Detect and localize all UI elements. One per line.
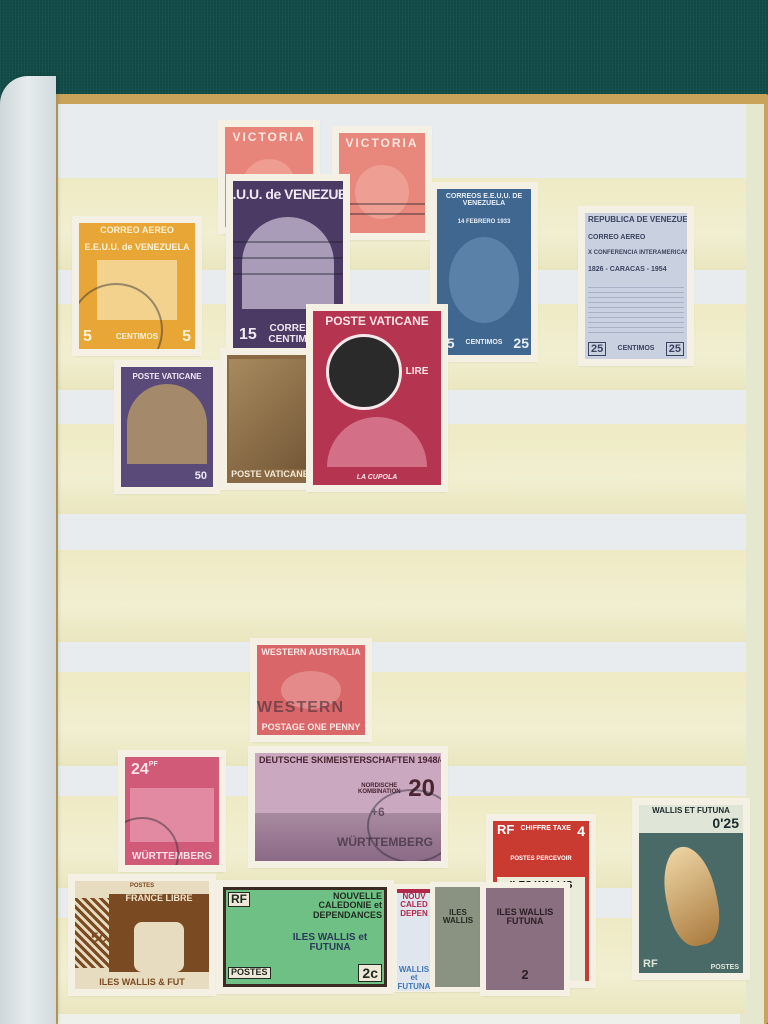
stamp-bottom-text: POSTES: [228, 967, 271, 978]
stamp-value: 0'25: [639, 815, 743, 831]
stamp-country: WALLIS ET FUTUNA: [639, 807, 743, 815]
stamp-wurttemberg-24[interactable]: 24 PF WÜRTTEMBERG: [120, 752, 224, 870]
stamp-country: E.E.U.U. de VENEZUELA: [233, 187, 343, 202]
stamp-value: 20: [408, 775, 435, 803]
cancellation-mark: [339, 213, 425, 215]
interleaf-page-edge: [0, 76, 56, 1024]
stamp-top-text: NOUV CALED DEPEN: [397, 893, 431, 918]
stamp-top-text: CHIFFRE TAXE: [521, 825, 571, 832]
stamp-top-text: CORREO AEREO: [100, 226, 174, 235]
surcharge: +6: [371, 805, 385, 819]
stock-strip: [58, 550, 746, 642]
stamp-value: 4: [577, 823, 585, 839]
strip-gap: [58, 514, 746, 550]
stamp-wallis-2[interactable]: ILES WALLIS FUTUNA 2: [482, 884, 568, 994]
stamp-sub-text: 14 FEBRERO 1933: [458, 219, 511, 225]
stamp-value: 5c: [91, 929, 107, 945]
stamp-wallis-nouvelle-caledonie[interactable]: RF NOUVELLE CALEDONIE et DEPENDANCES ILE…: [218, 882, 392, 992]
cancellation-mark: [339, 203, 425, 205]
portrait-icon: [355, 165, 409, 219]
stamp-top-text: CORREO AEREO: [588, 234, 645, 241]
seashell-picture: [656, 842, 726, 950]
stamp-bottom-text: CENTIMOS: [618, 345, 655, 352]
stamp-bottom-text: CENTIMOS: [466, 339, 503, 346]
building-picture: [97, 260, 177, 320]
stamp-country: POSTE VATICANE: [132, 373, 201, 381]
stamp-overprint: ILES WALLIS FUTUNA: [490, 908, 560, 927]
stamp-wallis-futuna-shell[interactable]: WALLIS ET FUTUNA 0'25 RF POSTES: [634, 800, 748, 978]
cancellation-mark: [233, 257, 343, 259]
stamp-value: 50: [195, 470, 213, 482]
stamp-value: 5: [182, 328, 195, 346]
stamp-country: VICTORIA: [232, 131, 305, 144]
dome-picture: [327, 417, 427, 467]
stamp-wallis-partial[interactable]: NOUV CALED DEPEN WALLIS et FUTUNA: [394, 886, 434, 990]
portrait-icon: [449, 237, 519, 323]
stamp-bottom-text: LA CUPOLA: [357, 474, 398, 481]
stamp-value: 5: [79, 328, 92, 346]
stamp-wurttemberg-ski[interactable]: DEUTSCHE SKIMEISTERSCHAFTEN 1948/49 NORD…: [250, 748, 446, 866]
postmark-text: WÜRTTEMBERG: [337, 835, 433, 849]
stamp-vatican-50[interactable]: POSTE VATICANE 50: [116, 362, 218, 492]
stamp-top-text: POSTES: [130, 883, 154, 889]
stamp-bottom-text: POSTES: [711, 964, 739, 971]
text-block: [588, 283, 684, 333]
stamp-mark: RF: [497, 823, 514, 837]
stamp-mark: RF: [643, 959, 658, 971]
stamp-overprint: WALLIS et FUTUNA: [397, 966, 431, 991]
stamp-venezuela-25-blue[interactable]: CORREOS E.E.U.U. DE VENEZUELA 14 FEBRERO…: [432, 184, 536, 360]
stamp-value: 2c: [358, 964, 382, 982]
stamp-value: 15: [233, 326, 257, 344]
palm-landscape-picture: [127, 384, 207, 464]
stamp-unit: LIRE: [406, 367, 429, 378]
stamp-country: ILES WALLIS & FUT: [99, 978, 185, 987]
cancellation-text: WESTERN: [257, 699, 344, 717]
stamp-top-text: CORREOS E.E.U.U. DE VENEZUELA: [437, 193, 531, 208]
stamp-country: VICTORIA: [345, 137, 418, 150]
stamp-sub-text: X CONFERENCIA INTERAMERICANA: [588, 250, 687, 256]
stamp-vatican-la-cupola[interactable]: POSTE VATICANE LIRE LA CUPOLA: [308, 306, 446, 490]
stamp-country: WESTERN AUSTRALIA: [261, 648, 360, 657]
stamp-top-text: NOUVELLE CALEDONIE et DEPENDANCES: [290, 892, 382, 920]
portrait-icon: [326, 334, 402, 410]
stamp-bottom-text: CENTIMOS: [116, 333, 158, 341]
castle-picture: [130, 788, 214, 842]
stamp-country: POSTE VATICANE: [231, 470, 309, 480]
stamp-victoria[interactable]: VICTORIA: [334, 128, 430, 238]
stamp-wallis-partial[interactable]: ILES WALLIS: [432, 884, 484, 990]
stamp-venezuela-airmail[interactable]: CORREO AEREO E.E.U.U. de VENEZUELA 5 CEN…: [74, 218, 200, 354]
stamp-sub-text-2: 1826 - CARACAS - 1954: [588, 266, 667, 273]
church-picture: [242, 217, 334, 309]
stamp-value: 25: [666, 342, 684, 356]
stamp-country: REPUBLICA DE VENEZUELA: [588, 216, 687, 224]
stamp-value: 24: [131, 761, 149, 779]
stamp-value: 25: [513, 335, 531, 351]
stamp-overprint: ILES WALLIS: [435, 909, 481, 926]
cancellation-mark: [233, 273, 343, 275]
tiki-picture: [134, 922, 184, 972]
strip-gap: [58, 642, 746, 672]
stamp-sub-text: NORDISCHE KOMBINATION: [354, 783, 404, 796]
stamp-country: WÜRTTEMBERG: [132, 852, 212, 863]
stamp-bottom-text: POSTAGE ONE PENNY: [262, 723, 361, 732]
stamp-sub-text: POSTES PERCEVOIR: [510, 856, 571, 862]
stamp-country: POSTE VATICANE: [325, 315, 429, 328]
stamp-mark: RF: [228, 892, 250, 907]
stamp-venezuela-conferencia[interactable]: REPUBLICA DE VENEZUELA CORREO AEREO X CO…: [580, 208, 692, 364]
stamp-top-text: DEUTSCHE SKIMEISTERSCHAFTEN 1948/49: [259, 756, 441, 765]
stamp-wallis-france-libre[interactable]: POSTES FRANCE LIBRE 5c ILES WALLIS & FUT: [70, 876, 214, 994]
stamp-value: 25: [588, 342, 606, 356]
cancellation-mark: [233, 241, 343, 243]
stamp-western-australia[interactable]: WESTERN AUSTRALIA POSTAGE ONE PENNY WEST…: [252, 640, 370, 740]
stamp-value: 2: [521, 967, 528, 982]
stamp-sub-text: FRANCE LIBRE: [126, 894, 193, 903]
stamp-country: E.E.U.U. de VENEZUELA: [84, 243, 189, 252]
stamp-overprint: ILES WALLIS et FUTUNA: [290, 933, 370, 954]
stamp-unit: PF: [149, 761, 158, 768]
